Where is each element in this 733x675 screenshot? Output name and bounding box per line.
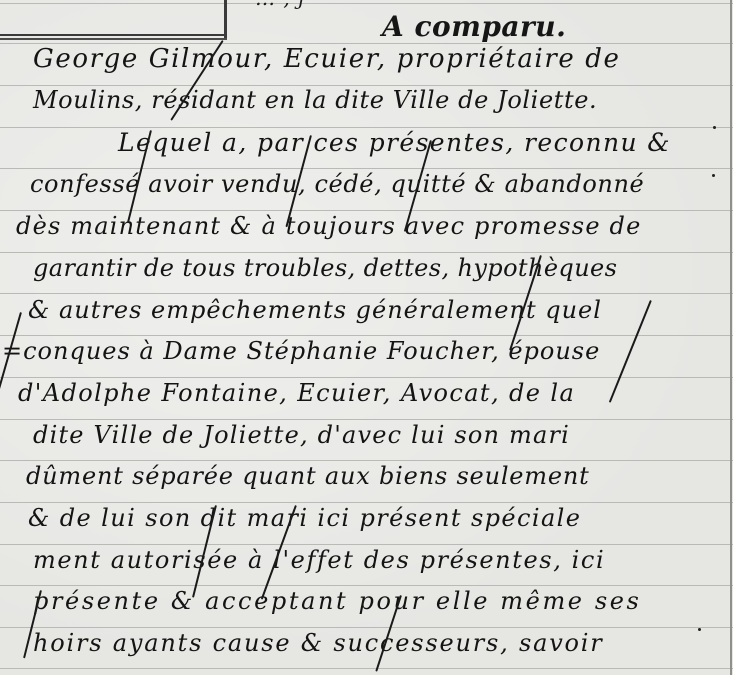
ruled-line [0, 502, 733, 503]
pen-stroke [609, 300, 652, 403]
right-margin-line [730, 0, 732, 675]
text-line: =conques à Dame Stéphanie Foucher, épous… [2, 337, 600, 365]
ruled-line [0, 210, 733, 211]
ink-dot [712, 174, 715, 177]
section-heading: A comparu. [382, 10, 566, 43]
ruled-line [0, 252, 733, 253]
ink-dot [713, 126, 716, 129]
ruled-line [0, 3, 733, 4]
ruled-line [0, 168, 733, 169]
ruled-line [0, 627, 733, 628]
ruled-line [0, 335, 733, 336]
text-line: dûment séparée quant aux biens seulement [26, 462, 590, 490]
margin-box-bottom-border-double [0, 38, 227, 40]
ruled-line [0, 293, 733, 294]
text-line: hoirs ayants cause & successeurs, savoir [33, 629, 604, 657]
ruled-line [0, 419, 733, 420]
text-line: présente & acceptant pour elle même ses [33, 587, 641, 615]
text-line: garantir de tous troubles, dettes, hypot… [33, 254, 617, 282]
text-line: dite Ville de Joliette, d'avec lui son m… [33, 421, 570, 449]
ruled-line [0, 668, 733, 669]
text-line: dès maintenant & à toujours avec promess… [16, 212, 642, 240]
ledger-page: … , ƒ A comparu. George Gilmour, Ecuier,… [0, 0, 733, 675]
ink-dot [698, 628, 701, 631]
text-line: ment autorisée à l'effet des présentes, … [33, 546, 605, 574]
ruled-line [0, 544, 733, 545]
text-line: George Gilmour, Ecuier, propriétaire de [33, 44, 620, 74]
margin-box-bottom-border [0, 34, 227, 36]
ruled-line [0, 377, 733, 378]
ruled-line [0, 585, 733, 586]
text-line: Lequel a, par ces présentes, reconnu & [118, 128, 671, 157]
text-line: confessé avoir vendu, cédé, quitté & aba… [30, 170, 644, 198]
text-line: & autres empêchements généralement quel [28, 296, 602, 324]
ruled-line [0, 460, 733, 461]
text-line: & de lui son dit mari ici présent spécia… [28, 504, 581, 532]
previous-line-fragment: … , ƒ [255, 0, 306, 10]
text-line: Moulins, résidant en la dite Ville de Jo… [33, 86, 597, 114]
text-line: d'Adolphe Fontaine, Ecuier, Avocat, de l… [18, 379, 575, 407]
